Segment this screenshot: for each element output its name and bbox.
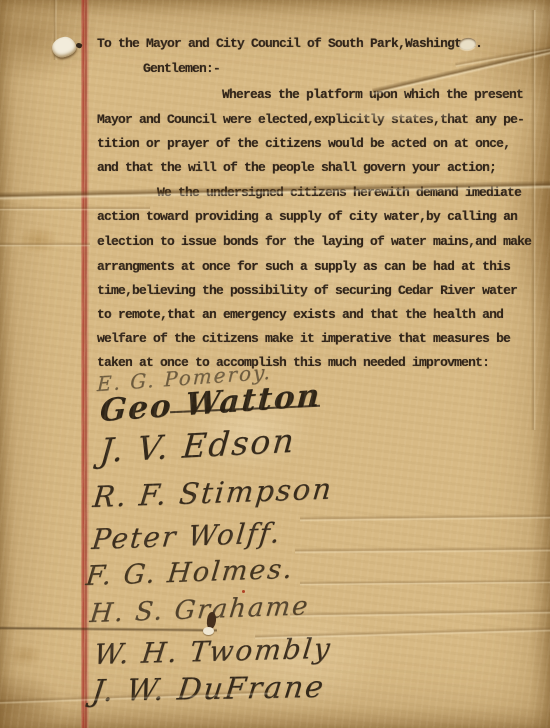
body-line: We the undersigned citizens herewith dem… xyxy=(157,185,521,201)
body-line: arrangments at once for such a supply as… xyxy=(97,259,510,275)
body-line: Whereas the platform upon which the pres… xyxy=(222,87,523,103)
signature-grahame: H. S. Grahame xyxy=(89,593,311,627)
signature-twombly: W. H. Twombly xyxy=(92,635,333,669)
signature-wolff: Peter Wolff. xyxy=(91,519,283,554)
signature-edson: J. V. Edson xyxy=(99,424,298,467)
body-line: to remote,that an emergency exists and t… xyxy=(97,307,503,323)
greeting-line: Gentlemen:- xyxy=(143,61,220,77)
signature-dufrane: J. W. DuFrane xyxy=(90,673,327,707)
signature-holmes: F. G. Holmes. xyxy=(85,556,296,590)
body-line: election to issue bonds for the laying o… xyxy=(97,234,531,250)
signature-stimpson: R. F. Stimpson xyxy=(91,475,334,513)
body-line: time,believing the possibility of securi… xyxy=(97,283,517,299)
body-line: tition or prayer of the citizens would b… xyxy=(97,136,510,152)
salutation-line: To the Mayor and City Council of South P… xyxy=(97,36,482,52)
body-line: and that the will of the people shall go… xyxy=(97,160,496,176)
body-line: Mayor and Council were elected,explicitl… xyxy=(97,112,524,128)
scanned-petition-page: To the Mayor and City Council of South P… xyxy=(0,0,550,728)
body-line: welfare of the citizens make it imperati… xyxy=(97,331,510,347)
body-line: action toward providing a supply of city… xyxy=(97,209,517,225)
ledger-margin-line xyxy=(81,0,89,728)
